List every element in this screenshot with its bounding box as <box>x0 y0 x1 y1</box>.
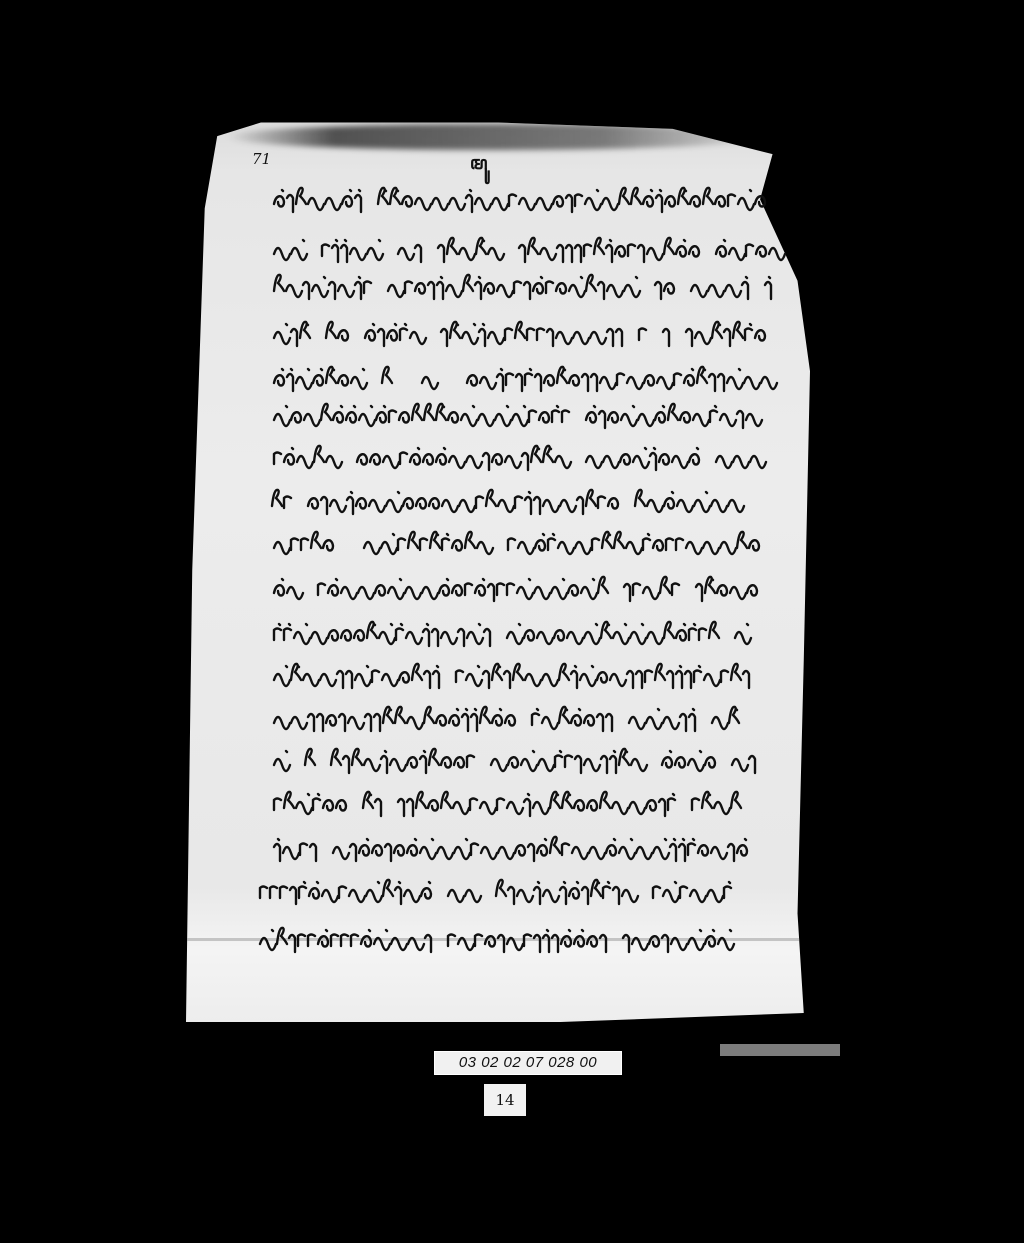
manuscript-line <box>270 482 760 522</box>
manuscript-line <box>272 230 786 270</box>
manuscript-line <box>272 438 772 478</box>
manuscript-line <box>258 872 736 912</box>
archive-reference-label: 03 02 02 07 028 00 <box>434 1051 622 1075</box>
manuscript-line <box>258 920 738 960</box>
manuscript-line <box>272 359 780 399</box>
manuscript-line <box>272 314 770 354</box>
manuscript-line <box>272 829 760 869</box>
manuscript-line <box>272 741 762 781</box>
manuscript-line <box>272 614 762 654</box>
manuscript-line <box>272 180 768 220</box>
manuscript-line <box>272 396 772 436</box>
manuscript-line <box>272 569 764 609</box>
scan-edge-strip <box>720 1044 840 1056</box>
scan-page-number: 14 <box>484 1084 526 1116</box>
manuscript-line <box>272 524 762 564</box>
manuscript-line <box>272 656 754 696</box>
manuscript-line <box>272 784 752 824</box>
manuscript-line <box>272 699 758 739</box>
manuscript-line <box>272 267 782 307</box>
